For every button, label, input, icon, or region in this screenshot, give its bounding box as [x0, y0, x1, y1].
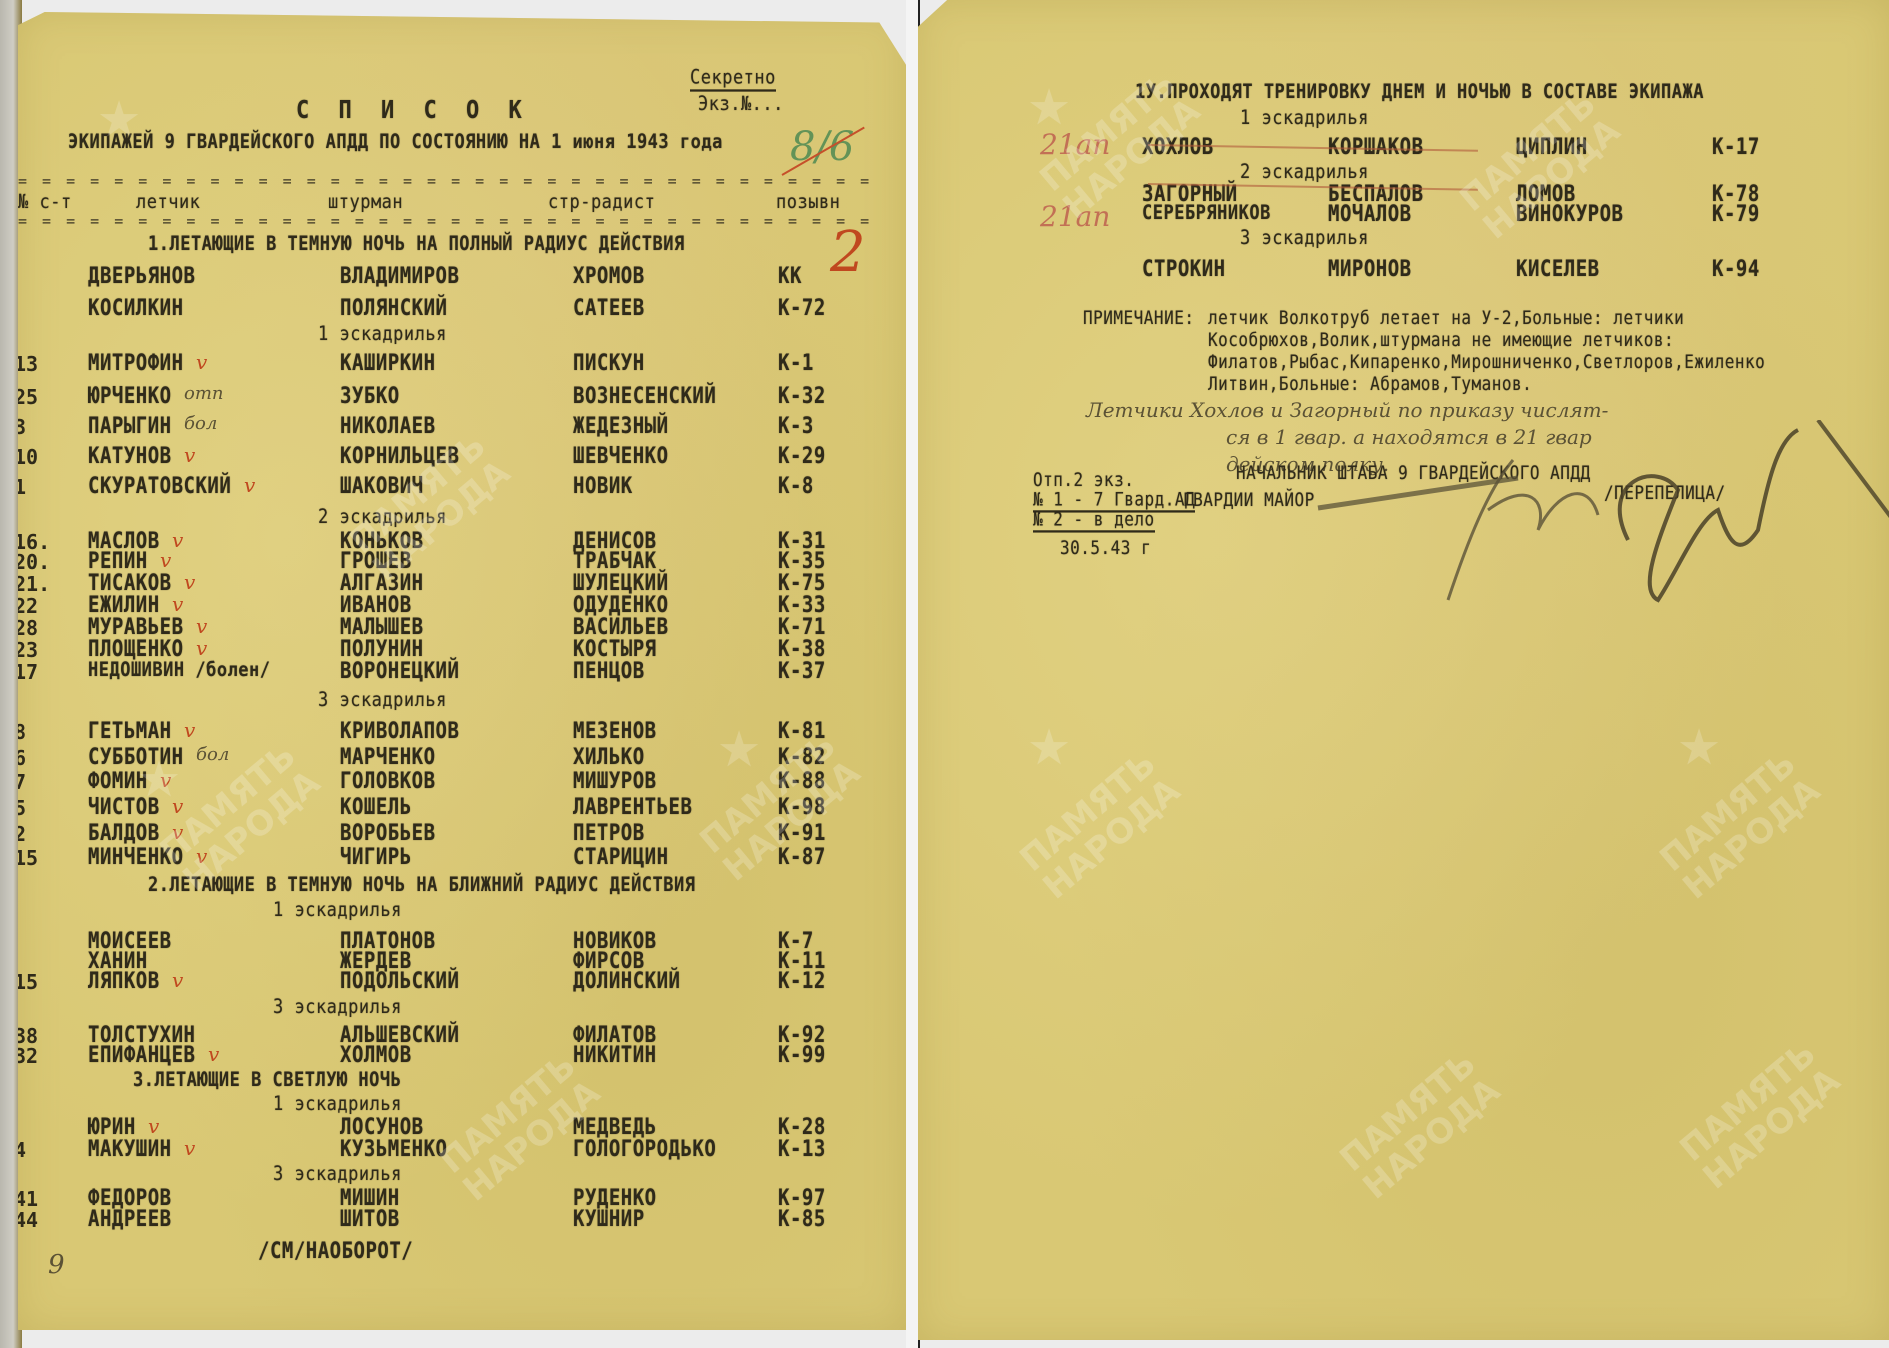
pilot-name: КАТУНОВ: [88, 443, 172, 468]
gunner-name: ШЕВЧЕНКО: [573, 443, 669, 468]
column-header-num: № с-т: [18, 191, 72, 214]
remarks-line: Кособрюхов,Волик,штурмана не имеющие лет…: [1208, 329, 1674, 351]
callsign: К-3: [778, 413, 814, 438]
red-checkmark-icon: v: [172, 820, 183, 844]
navigator-name: НИКОЛАЕВ: [340, 413, 436, 438]
callsign: К-81: [778, 718, 826, 743]
navigator-name: ШАКОВИЧ: [340, 473, 424, 498]
document-subtitle: ЭКИПАЖЕЙ 9 ГВАРДЕЙСКОГО АПДД ПО СОСТОЯНИ…: [68, 131, 723, 154]
pilot-name: ХОХЛОВ: [1142, 134, 1214, 159]
page-gap: [906, 0, 920, 1348]
callsign: К-85: [778, 1206, 826, 1231]
pilot-name: СУББОТИН: [88, 744, 184, 769]
red-checkmark-icon: v: [172, 528, 183, 552]
squadron-heading: 1 эскадрилья: [273, 1093, 402, 1116]
navigator-name: ЧИГИРЬ: [340, 844, 412, 869]
pilot-name: СКУРАТОВСКИЙ: [88, 473, 231, 498]
pilot-name: ЮРЧЕНКО: [88, 383, 172, 408]
red-checkmark-icon: v: [184, 443, 195, 467]
red-checkmark-icon: v: [148, 1114, 159, 1138]
handwritten-line: Летчики Хохлов и Загорный по приказу чис…: [1086, 398, 1608, 422]
squadron-heading: 1 эскадрилья: [1240, 107, 1369, 130]
red-checkmark-icon: v: [244, 473, 255, 497]
callsign: К-91: [778, 820, 826, 845]
red-checkmark-icon: v: [184, 718, 195, 742]
copy-2-destination: № 2 - в дело: [1033, 508, 1155, 532]
copy-number: Экз.№...: [698, 93, 784, 116]
gunner-name: ПИСКУН: [573, 350, 645, 375]
margin-regiment-note: 21ап: [1040, 200, 1110, 233]
callsign: К-99: [778, 1042, 826, 1067]
gunner-name: МИШУРОВ: [573, 768, 657, 793]
navigator-name: МИРОНОВ: [1328, 256, 1412, 281]
callsign: К-37: [778, 658, 826, 683]
callsign: К-29: [778, 443, 826, 468]
red-checkmark-icon: v: [172, 794, 183, 818]
callsign: К-32: [778, 383, 826, 408]
section-4-heading: 1У.ПРОХОДЯТ ТРЕНИРОВКУ ДНЕМ И НОЧЬЮ В СО…: [1135, 81, 1704, 104]
remarks-line: Филатов,Рыбас,Кипаренко,Мирошниченко,Све…: [1208, 351, 1765, 373]
classification-label: Секретно: [690, 66, 776, 91]
squadron-heading: 3 эскадрилья: [318, 689, 447, 712]
signatory-name: /ПЕРЕПЕЛИЦА/: [1604, 482, 1726, 504]
red-checkmark-icon: v: [172, 968, 183, 992]
gunner-name: ГОЛОГОРОДЬКО: [573, 1136, 716, 1161]
watermark-text: ПАМЯТЬ НАРОДА: [1674, 1035, 1846, 1196]
handwritten-line: ся в 1 гвар. а находятся в 21 гвар: [1226, 425, 1592, 449]
section-heading: 1.ЛЕТАЮЩИЕ В ТЕМНУЮ НОЧЬ НА ПОЛНЫЙ РАДИУ…: [148, 233, 685, 256]
gunner-name: МЕЗЕНОВ: [573, 718, 657, 743]
gunner-name: ВОЗНЕСЕНСКИЙ: [573, 383, 716, 408]
pilot-name: НЕДОШИВИН /болен/: [88, 659, 271, 682]
navigator-name: ХОЛМОВ: [340, 1042, 412, 1067]
gunner-name: КУШНИР: [573, 1206, 645, 1231]
callsign: К-13: [778, 1136, 826, 1161]
pencil-annotation: бол: [184, 413, 217, 434]
squadron-heading: 2 эскадрилья: [318, 506, 447, 529]
column-header-navigator: штурман: [328, 191, 403, 214]
gunner-name: ПЕНЦОВ: [573, 658, 645, 683]
pilot-name: МИТРОФИН: [88, 350, 184, 375]
navigator-name: ВОРОНЕЦКИЙ: [340, 658, 459, 683]
callsign: КК: [778, 263, 802, 288]
right-document-page: 1У.ПРОХОДЯТ ТРЕНИРОВКУ ДНЕМ И НОЧЬЮ В СО…: [918, 0, 1889, 1340]
pilot-name: ГЕТЬМАН: [88, 718, 172, 743]
pilot-name: ЕПИФАНЦЕВ: [88, 1042, 195, 1067]
callsign: К-98: [778, 794, 826, 819]
pilot-name: СТРОКИН: [1142, 256, 1226, 281]
navigator-name: ПОЛЯНСКИЙ: [340, 295, 447, 320]
navigator-name: КОШЕЛЬ: [340, 794, 412, 819]
pilot-name: МАКУШИН: [88, 1136, 172, 1161]
red-checkmark-icon: v: [160, 548, 171, 572]
gunner-name: СТАРИЦИН: [573, 844, 669, 869]
continued-overleaf-note: /СМ/НАОБОРОТ/: [258, 1238, 413, 1263]
callsign: К-12: [778, 968, 826, 993]
squadron-heading: 1 эскадрилья: [273, 899, 402, 922]
red-checkmark-icon: v: [196, 636, 207, 660]
gunner-name: НОВИК: [573, 473, 633, 498]
navigator-name: ЗУБКО: [340, 383, 400, 408]
gunner-name: ХИЛЬКО: [573, 744, 645, 769]
remarks-label: ПРИМЕЧАНИЕ:: [1083, 307, 1194, 329]
pilot-name: БАЛДОВ: [88, 820, 160, 845]
signatory-rank: ГВАРДИИ МАЙОР: [1183, 489, 1315, 511]
callsign: К-8: [778, 473, 814, 498]
red-checkmark-icon: v: [160, 768, 171, 792]
squadron-heading: 2 эскадрилья: [1240, 161, 1369, 184]
watermark-star-icon: ★: [1028, 700, 1070, 782]
document-title: С П И С О К: [296, 96, 530, 125]
callsign: К-1: [778, 350, 814, 375]
red-checkmark-icon: v: [196, 844, 207, 868]
squadron-heading: 3 эскадрилья: [273, 996, 402, 1019]
pilot-name: ДВЕРЬЯНОВ: [88, 263, 195, 288]
squadron-heading: 3 эскадрилья: [273, 1163, 402, 1186]
navigator-name: КРИВОЛАПОВ: [340, 718, 459, 743]
pilot-name: ЛЯПКОВ: [88, 968, 160, 993]
section-heading: 2.ЛЕТАЮЩИЕ В ТЕМНУЮ НОЧЬ НА БЛИЖНИЙ РАДИ…: [148, 874, 695, 897]
navigator-name: МОЧАЛОВ: [1328, 201, 1412, 226]
copies-count: Отп.2 экз.: [1033, 469, 1134, 491]
remarks-line: летчик Волкотруб летает на У-2,Больные: …: [1208, 307, 1684, 329]
callsign: К-94: [1712, 256, 1760, 281]
pilot-name: ПАРЫГИН: [88, 413, 172, 438]
row-number: 21.: [14, 572, 50, 596]
gunner-name: ПЕТРОВ: [573, 820, 645, 845]
navigator-name: ГОЛОВКОВ: [340, 768, 436, 793]
navigator-name: ВЛАДИМИРОВ: [340, 263, 459, 288]
squadron-heading: 3 эскадрилья: [1240, 227, 1369, 250]
navigator-name: КОРНИЛЬЦЕВ: [340, 443, 459, 468]
remarks-line: Литвин,Больные: Абрамов,Туманов.: [1208, 373, 1532, 395]
gunner-name: ХРОМОВ: [573, 263, 645, 288]
pencil-annotation: бол: [196, 744, 229, 765]
page-number-pencil: 9: [48, 1250, 65, 1280]
watermark-text: ПАМЯТЬ НАРОДА: [1334, 1045, 1506, 1206]
row-number: 20.: [14, 550, 50, 574]
callsign: К-17: [1712, 134, 1760, 159]
signatory-title: НАЧАЛЬНИК ШТАБА 9 ГВАРДЕЙСКОГО АПДД: [1236, 462, 1591, 484]
column-header-gunner: стр-радист: [548, 191, 655, 214]
column-header-callsign: позывн: [776, 191, 840, 214]
gunner-name: КИСЕЛЕВ: [1516, 256, 1600, 281]
callsign: К-79: [1712, 201, 1760, 226]
pilot-name: СЕРЕБРЯНИКОВ: [1142, 202, 1271, 225]
red-checkmark-icon: v: [208, 1042, 219, 1066]
left-document-page: Секретно Экз.№... С П И С О К ЭКИПАЖЕЙ 9…: [18, 12, 906, 1330]
navigator-name: ПОДОЛЬСКИЙ: [340, 968, 459, 993]
red-checkmark-icon: v: [172, 592, 183, 616]
gunner-name: ВИНОКУРОВ: [1516, 201, 1623, 226]
watermark-text: ПАМЯТЬ НАРОДА: [1014, 745, 1186, 906]
column-header-pilot: летчик: [136, 191, 200, 214]
gunner-name: ЛАВРЕНТЬЕВ: [573, 794, 692, 819]
gunner-name: НИКИТИН: [573, 1042, 657, 1067]
squadron-heading: 1 эскадрилья: [318, 323, 447, 346]
callsign: К-72: [778, 295, 826, 320]
document-date: 30.5.43 г: [1060, 537, 1151, 559]
navigator-name: КАШИРКИН: [340, 350, 436, 375]
red-checkmark-icon: v: [184, 1136, 195, 1160]
watermark-text: ПАМЯТЬ НАРОДА: [1654, 745, 1826, 906]
red-checkmark-icon: v: [184, 570, 195, 594]
section-heading: 3.ЛЕТАЮЩИЕ В СВЕТЛУЮ НОЧЬ: [133, 1069, 401, 1092]
gunner-name: ЖЕДЕЗНЫЙ: [573, 413, 669, 438]
margin-regiment-note: 21ап: [1040, 128, 1110, 161]
callsign: К-82: [778, 744, 826, 769]
callsign: К-88: [778, 768, 826, 793]
callsign: К-87: [778, 844, 826, 869]
gunner-name: ДОЛИНСКИЙ: [573, 968, 680, 993]
handwritten-signature-icon: [1298, 420, 1889, 620]
pilot-name: КОСИЛКИН: [88, 295, 184, 320]
red-checkmark-icon: v: [196, 614, 207, 638]
pilot-name: ФОМИН: [88, 768, 148, 793]
red-checkmark-icon: v: [196, 350, 207, 374]
pilot-name: ЧИСТОВ: [88, 794, 160, 819]
pilot-name: МИНЧЕНКО: [88, 844, 184, 869]
navigator-name: МАРЧЕНКО: [340, 744, 436, 769]
watermark-star-icon: ★: [1678, 700, 1720, 782]
header-rule-bottom: = = = = = = = = = = = = = = = = = = = = …: [18, 212, 884, 230]
navigator-name: ВОРОБЬЕВ: [340, 820, 436, 845]
watermark-star-icon: ★: [718, 702, 760, 784]
navigator-name: КУЗЬМЕНКО: [340, 1136, 447, 1161]
header-rule-top: = = = = = = = = = = = = = = = = = = = = …: [18, 172, 884, 190]
gunner-name: САТЕЕВ: [573, 295, 645, 320]
navigator-name: ШИТОВ: [340, 1206, 400, 1231]
gunner-name: ЦИПЛИН: [1516, 134, 1588, 159]
pilot-name: АНДРЕЕВ: [88, 1206, 172, 1231]
pencil-annotation: отп: [184, 383, 224, 404]
